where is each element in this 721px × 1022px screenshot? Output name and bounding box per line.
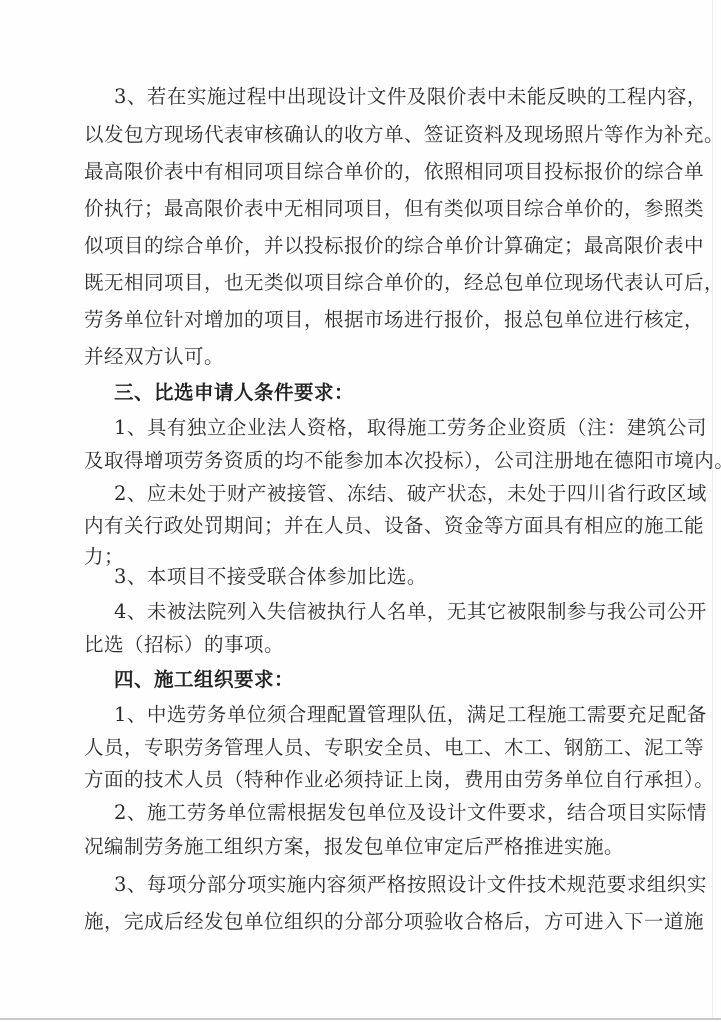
section-heading: 三、比选申请人条件要求： [114, 380, 644, 406]
paragraph-line: 2、施工劳务单位需根据发包单位及设计文件要求，结合项目实际情 [114, 800, 644, 826]
paragraph-line: 1、具有独立企业法人资格，取得施工劳务企业资质（注：建筑公司 [114, 415, 644, 441]
paragraph-line: 最高限价表中有相同项目综合单价的，依照相同项目投标报价的综合单 [84, 159, 644, 185]
paragraph-line: 3、本项目不接受联合体参加比选。 [114, 564, 644, 590]
paragraph-line: 况编制劳务施工组织方案，报发包单位审定后严格推进实施。 [84, 834, 644, 860]
paragraph-line: 比选（招标）的事项。 [84, 632, 644, 658]
document-page: 3、若在实施过程中出现设计文件及限价表中未能反映的工程内容，以发包方现场代表审核… [0, 0, 721, 1020]
paragraph-line: 1、中选劳务单位须合理配置管理队伍，满足工程施工需要充足配备 [114, 702, 644, 728]
paragraph-line: 以发包方现场代表审核确认的收方单、签证资料及现场照片等作为补充。 [84, 122, 644, 148]
paragraph-line: 4、未被法院列入失信被执行人名单，无其它被限制参与我公司公开 [114, 599, 644, 625]
paragraph-line: 方面的技术人员（特种作业必须持证上岗，费用由劳务单位自行承担）。 [84, 767, 644, 793]
paragraph-line: 内有关行政处罚期间；并在人员、设备、资金等方面具有相应的施工能 [84, 513, 644, 539]
paragraph-line: 2、应未处于财产被接管、冻结、破产状态，未处于四川省行政区域 [114, 481, 644, 507]
paragraph-line: 人员，专职劳务管理人员、专职安全员、电工、木工、钢筋工、泥工等 [84, 735, 644, 761]
page-edge-right [712, 0, 713, 1020]
paragraph-line: 3、每项分部分项实施内容须严格按照设计文件技术规范要求组织实 [114, 872, 644, 898]
paragraph-line: 施，完成后经发包单位组织的分部分项验收合格后，方可进入下一道施 [84, 909, 644, 935]
paragraph-line: 劳务单位针对增加的项目，根据市场进行报价，报总包单位进行核定， [84, 307, 644, 333]
paragraph-line: 并经双方认可。 [84, 344, 644, 370]
page-edge-bottom [0, 1018, 721, 1020]
paragraph-line: 价执行；最高限价表中无相同项目，但有类似项目综合单价的，参照类 [84, 196, 644, 222]
paragraph-line: 及取得增项劳务资质的均不能参加本次投标），公司注册地在德阳市境内。 [84, 448, 644, 474]
paragraph-line: 既无相同项目，也无类似项目综合单价的，经总包单位现场代表认可后， [84, 270, 644, 296]
section-heading: 四、施工组织要求： [114, 667, 644, 693]
paragraph-line: 似项目的综合单价，并以投标报价的综合单价计算确定；最高限价表中 [84, 233, 644, 259]
paragraph-line: 3、若在实施过程中出现设计文件及限价表中未能反映的工程内容， [114, 84, 644, 110]
